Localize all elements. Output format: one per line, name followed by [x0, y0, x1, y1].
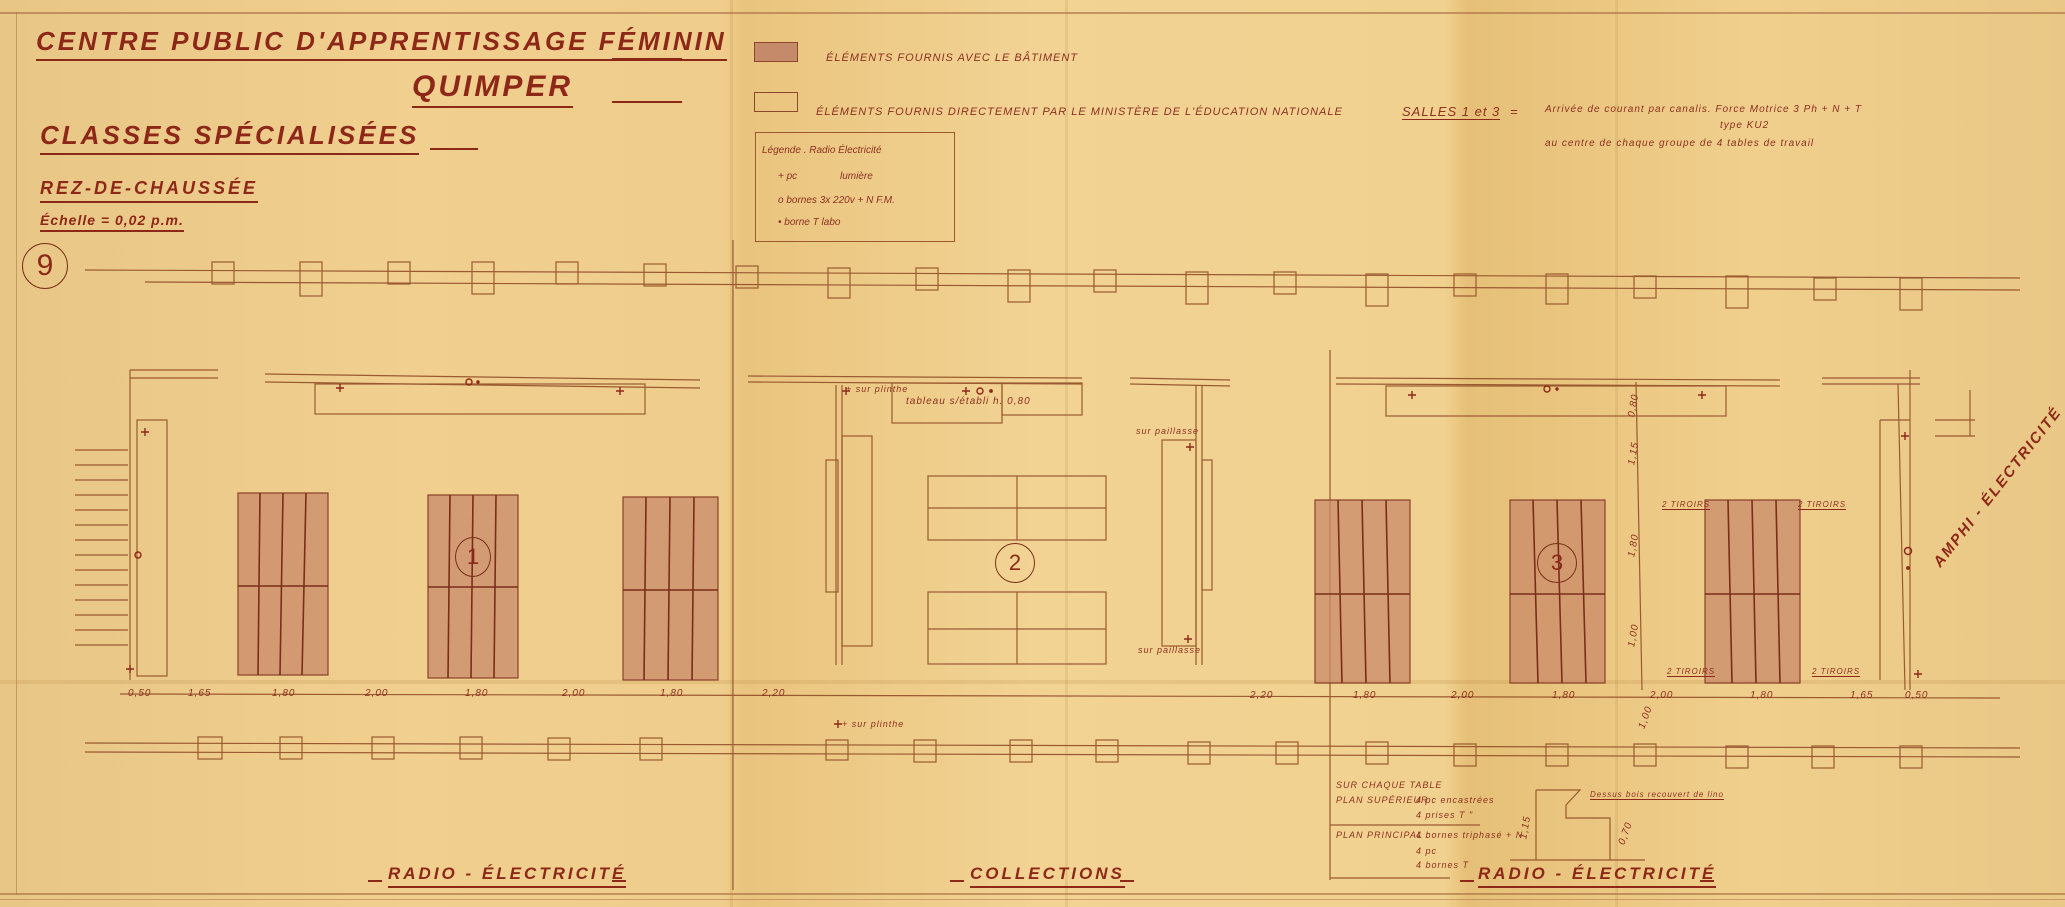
annotation-tiroirs: 2 TIROIRS [1662, 500, 1710, 510]
annotation-sur-paillasse: sur paillasse [1136, 426, 1199, 436]
section-label-room-2: COLLECTIONS [970, 864, 1125, 888]
annotation-tiroirs: 2 TIROIRS [1812, 667, 1860, 677]
room-number-badge: 3 [1537, 543, 1577, 583]
section-dash [950, 880, 964, 882]
annotation-dessus-bois: Dessus bois recouvert de lino [1590, 790, 1724, 800]
annotation-tableau: tableau s/établi h. 0,80 [906, 396, 1031, 407]
section-dash [1120, 880, 1134, 882]
floor-plan-drawing [0, 0, 2065, 907]
section-label-room-3: RADIO - ÉLECTRICITÉ [1478, 864, 1716, 888]
annotation-sur-paillasse: sur paillasse [1138, 645, 1201, 655]
section-dash [1700, 880, 1714, 882]
section-dash [368, 880, 382, 882]
section-label-room-1: RADIO - ÉLECTRICITÉ [388, 864, 626, 888]
annotation-sur-plinthe: + sur plinthe [842, 719, 904, 729]
room-number-badge: 1 [455, 537, 491, 577]
annotation-tiroirs: 2 TIROIRS [1667, 667, 1715, 677]
annotation-sur-plinthe: + sur plinthe [846, 384, 908, 394]
section-dash [612, 880, 626, 882]
annotation-tiroirs: 2 TIROIRS [1798, 500, 1846, 510]
section-dash [1460, 880, 1474, 882]
room-number-badge: 2 [995, 543, 1035, 583]
drawing-sheet: CENTRE PUBLIC D'APPRENTISSAGE FÉMININ QU… [0, 0, 2065, 907]
